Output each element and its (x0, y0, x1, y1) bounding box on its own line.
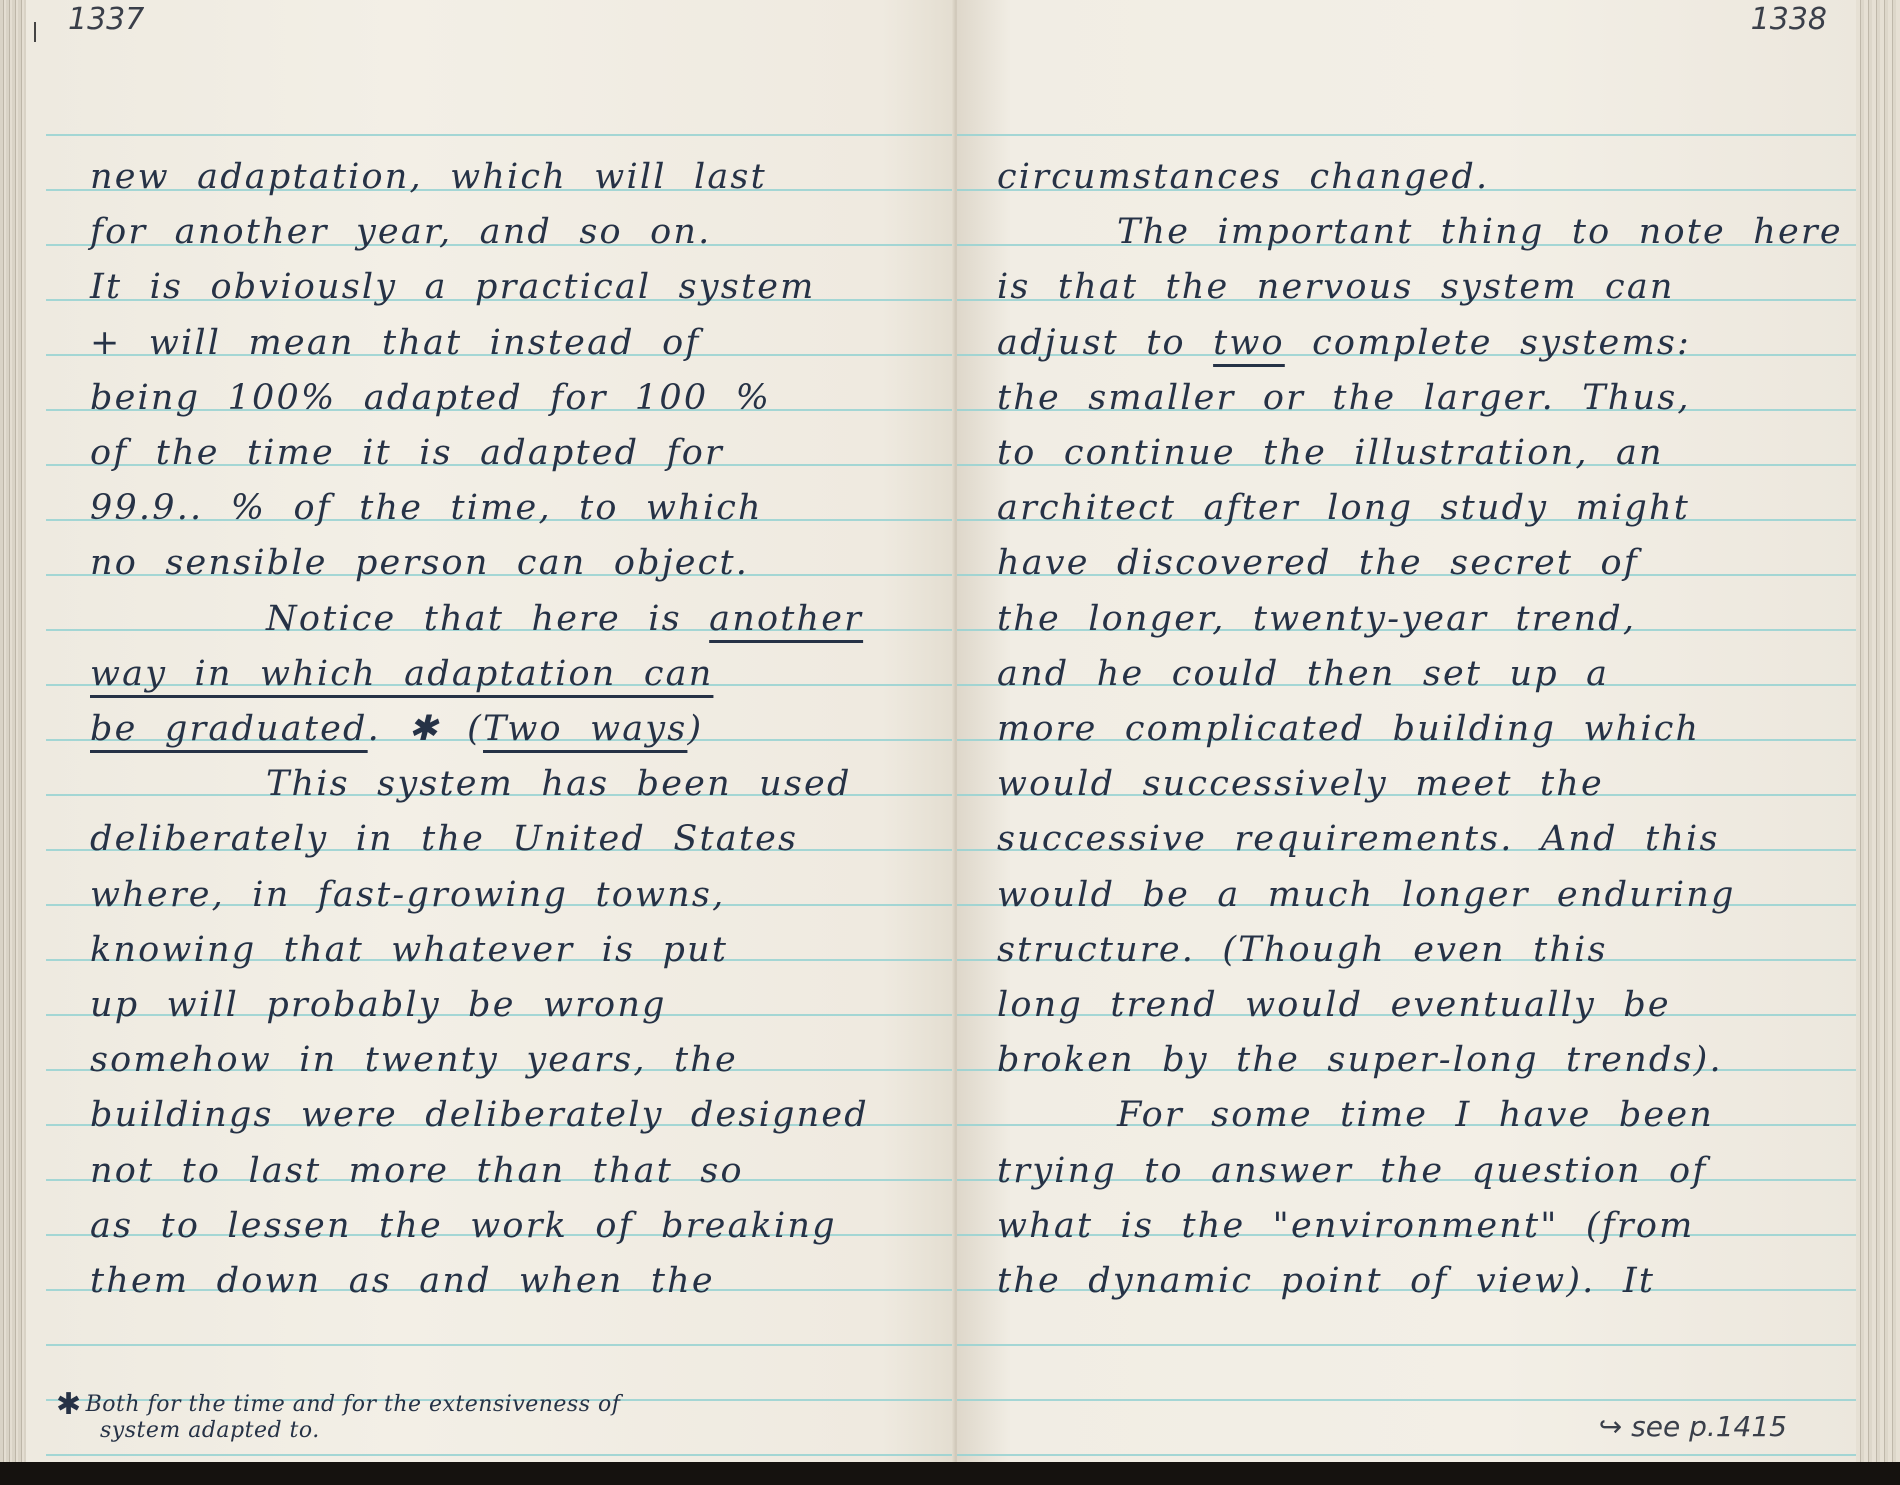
handwritten-line: Notice that here is another (26, 592, 956, 647)
handwritten-line: is that the nervous system can (957, 260, 1857, 315)
handwritten-line: It is obviously a practical system (26, 260, 956, 315)
handwritten-line: and he could then set up a (957, 647, 1857, 702)
right-page: 1338 circumstances changed.The important… (957, 0, 1857, 1462)
line-text: + will mean that instead of (90, 323, 701, 363)
handwritten-line: where, in fast-growing towns, (26, 868, 956, 923)
line-text: the smaller or the larger. Thus, (997, 378, 1691, 418)
handwritten-line: buildings were deliberately designed (26, 1088, 956, 1143)
handwritten-line: would successively meet the (957, 757, 1857, 812)
line-text: would successively meet the (997, 764, 1604, 804)
handwritten-line: the longer, twenty-year trend, (957, 592, 1857, 647)
footnote: ✱Both for the time and for the extensive… (56, 1392, 916, 1444)
handwritten-line: + will mean that instead of (26, 316, 956, 371)
footnote-line-2: system adapted to. (56, 1418, 916, 1444)
handwritten-line: new adaptation, which will last (26, 150, 956, 205)
line-text: where, in fast-growing towns, (90, 875, 725, 915)
line-text: as to lessen the work of breaking (90, 1206, 837, 1246)
handwritten-line: broken by the super-long trends). (957, 1033, 1857, 1088)
line-text: successive requirements. And this (997, 819, 1720, 859)
line-text: trying to answer the question of (997, 1151, 1707, 1191)
handwritten-line: not to last more than that so (26, 1144, 956, 1199)
line-text: is that the nervous system can (997, 267, 1675, 307)
handwritten-line: the dynamic point of view). It (957, 1254, 1857, 1309)
line-text: more complicated building which (997, 709, 1700, 749)
line-text: broken by the super-long trends). (997, 1040, 1723, 1080)
line-text: would be a much longer enduring (997, 875, 1736, 915)
underlined-text: be graduated (90, 709, 368, 749)
line-text: structure. (Though even this (997, 930, 1608, 970)
handwritten-line: long trend would eventually be (957, 978, 1857, 1033)
page-number-right: 1338 (1751, 2, 1827, 37)
handwritten-line: knowing that whatever is put (26, 923, 956, 978)
line-text: them down as and when the (90, 1261, 715, 1301)
line-text: up will probably be wrong (90, 985, 667, 1025)
handwritten-line: more complicated building which (957, 702, 1857, 757)
handwritten-line: no sensible person can object. (26, 536, 956, 591)
handwritten-line: trying to answer the question of (957, 1144, 1857, 1199)
line-text: complete systems: (1285, 323, 1691, 363)
line-text: . ✱ ( (368, 709, 483, 749)
underlined-text: another (709, 599, 863, 639)
right-page-edges (1856, 0, 1900, 1475)
line-text: have discovered the secret of (997, 543, 1639, 583)
line-text: knowing that whatever is put (90, 930, 728, 970)
line-text: the longer, twenty-year trend, (997, 599, 1636, 639)
handwritten-line: to continue the illustration, an (957, 426, 1857, 481)
line-text: buildings were deliberately designed (90, 1095, 869, 1135)
scan-background (0, 1462, 1900, 1485)
handwritten-line: deliberately in the United States (26, 812, 956, 867)
handwritten-line: the smaller or the larger. Thus, (957, 371, 1857, 426)
line-text: and he could then set up a (997, 654, 1609, 694)
footnote-line-1: Both for the time and for the extensiven… (86, 1392, 621, 1417)
handwritten-line: for another year, and so on. (26, 205, 956, 260)
handwritten-line: 99.9.. % of the time, to which (26, 481, 956, 536)
line-text: architect after long study might (997, 488, 1690, 528)
line-text: adjust to (997, 323, 1213, 363)
underlined-text: two (1213, 323, 1285, 363)
line-text: deliberately in the United States (90, 819, 798, 859)
handwritten-line: This system has been used (26, 757, 956, 812)
line-text: circumstances changed. (997, 157, 1489, 197)
handwritten-line: circumstances changed. (957, 150, 1857, 205)
line-text: For some time I have been (1117, 1095, 1714, 1135)
line-text: the dynamic point of view). It (997, 1261, 1655, 1301)
handwritten-line: structure. (Though even this (957, 923, 1857, 978)
line-text: This system has been used (266, 764, 852, 804)
underlined-text: Two ways (483, 709, 687, 749)
handwritten-line: adjust to two complete systems: (957, 316, 1857, 371)
handwritten-line: be graduated. ✱ (Two ways) (26, 702, 956, 757)
handwritten-line: have discovered the secret of (957, 536, 1857, 591)
handwritten-line: as to lessen the work of breaking (26, 1199, 956, 1254)
line-text: long trend would eventually be (997, 985, 1671, 1025)
margin-pencil-mark (34, 22, 36, 42)
line-text: for another year, and so on. (90, 212, 711, 252)
line-text: what is the "environment" (from (997, 1206, 1694, 1246)
line-text: The important thing to note here (1117, 212, 1843, 252)
handwritten-line: successive requirements. And this (957, 812, 1857, 867)
underlined-text: way in which adaptation can (90, 654, 713, 694)
line-text: being 100% adapted for 100 % (90, 378, 771, 418)
line-text: It is obviously a practical system (90, 267, 816, 307)
page-number-left: 1337 (68, 2, 144, 37)
handwritten-line: being 100% adapted for 100 % (26, 371, 956, 426)
handwritten-line: For some time I have been (957, 1088, 1857, 1143)
asterisk-icon: ✱ (56, 1387, 82, 1422)
line-text: not to last more than that so (90, 1151, 744, 1191)
left-page: 1337 new adaptation, which will lastfor … (26, 0, 957, 1462)
line-text: new adaptation, which will last (90, 157, 767, 197)
line-text: of the time it is adapted for (90, 433, 724, 473)
handwritten-line: architect after long study might (957, 481, 1857, 536)
handwritten-line: what is the "environment" (from (957, 1199, 1857, 1254)
handwritten-line: somehow in twenty years, the (26, 1033, 956, 1088)
handwritten-line: The important thing to note here (957, 205, 1857, 260)
line-text: no sensible person can object. (90, 543, 749, 583)
handwritten-line: of the time it is adapted for (26, 426, 956, 481)
handwritten-line: them down as and when the (26, 1254, 956, 1309)
handwritten-line: up will probably be wrong (26, 978, 956, 1033)
line-text: 99.9.. % of the time, to which (90, 488, 763, 528)
cross-reference-note: ↪ see p.1415 (1599, 1410, 1787, 1443)
notebook-spread: 1337 new adaptation, which will lastfor … (0, 0, 1900, 1470)
line-text: Notice that here is (266, 599, 709, 639)
handwritten-line: way in which adaptation can (26, 647, 956, 702)
line-text: ) (687, 709, 703, 749)
line-text: to continue the illustration, an (997, 433, 1664, 473)
handwritten-line: would be a much longer enduring (957, 868, 1857, 923)
line-text: somehow in twenty years, the (90, 1040, 738, 1080)
